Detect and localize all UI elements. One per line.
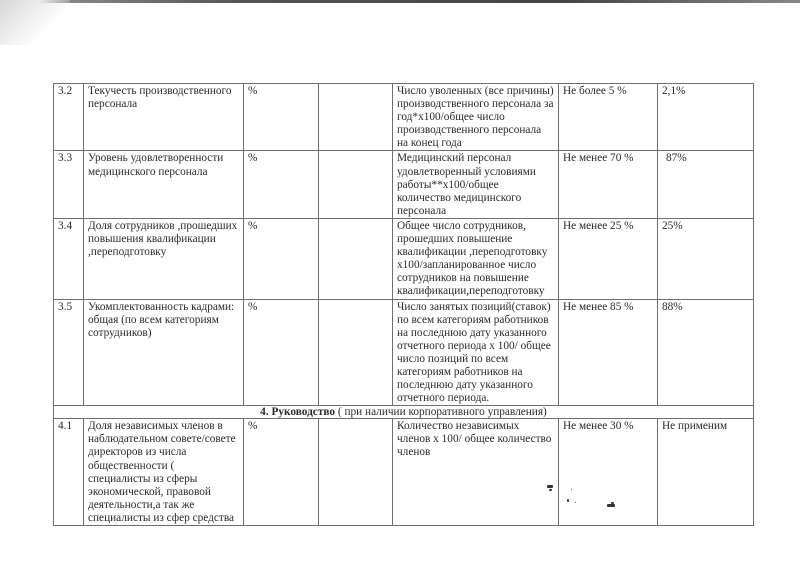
formula: Число занятых позиций(ставок) по всем ка… — [393, 299, 559, 406]
table-row: 3.2 Текучесть производственного персонал… — [54, 84, 754, 151]
section-header-row: 4. Руководство ( при наличии корпоративн… — [54, 406, 754, 419]
scan-shadow — [0, 0, 70, 45]
formula: Число уволенных (все причины) производст… — [393, 84, 559, 151]
empty-cell — [319, 299, 393, 406]
row-number: 3.2 — [54, 84, 84, 151]
indicator-name: Доля сотрудников ,прошедших повышения кв… — [84, 218, 244, 299]
actual-value: 88% — [658, 299, 754, 406]
indicator-name: Уровень удовлетворенности медицинского п… — [84, 151, 244, 218]
table-row: 3.3 Уровень удовлетворенности медицинско… — [54, 151, 754, 218]
row-number: 3.3 — [54, 151, 84, 218]
target-value: Не менее 85 % — [559, 299, 658, 406]
section-note: ( при наличии корпоративного управления) — [335, 406, 547, 418]
actual-value: 2,1% — [658, 84, 754, 151]
target-value: Не более 5 % — [559, 84, 658, 151]
table-row: 3.5 Укомплектованность кадрами: общая (п… — [54, 299, 754, 406]
indicator-name: Текучесть производственного персонала — [84, 84, 244, 151]
unit: % — [244, 419, 319, 526]
row-number: 3.4 — [54, 218, 84, 299]
indicator-name: Доля независимых членов в наблюдательном… — [84, 419, 244, 526]
scan-specks — [545, 485, 625, 515]
table-row: 3.4 Доля сотрудников ,прошедших повышени… — [54, 218, 754, 299]
table-row: 4.1 Доля независимых членов в наблюдател… — [54, 419, 754, 526]
empty-cell — [319, 419, 393, 526]
empty-cell — [319, 84, 393, 151]
unit: % — [244, 151, 319, 218]
unit: % — [244, 299, 319, 406]
row-number: 3.5 — [54, 299, 84, 406]
actual-value: 25% — [658, 218, 754, 299]
unit: % — [244, 218, 319, 299]
indicators-table: 3.2 Текучесть производственного персонал… — [53, 83, 754, 526]
formula: Количество независимых членов х 100/ общ… — [393, 419, 559, 526]
actual-value: 87% — [658, 151, 754, 218]
unit: % — [244, 84, 319, 151]
empty-cell — [319, 218, 393, 299]
empty-cell — [319, 151, 393, 218]
scan-edge — [0, 0, 800, 3]
target-value: Не менее 70 % — [559, 151, 658, 218]
indicator-name: Укомплектованность кадрами: общая (по вс… — [84, 299, 244, 406]
row-number: 4.1 — [54, 419, 84, 526]
formula: Медицинский персонал удовлетворенный усл… — [393, 151, 559, 218]
target-value: Не менее 25 % — [559, 218, 658, 299]
formula: Общее число сотрудников, прошедших повыш… — [393, 218, 559, 299]
actual-value: Не применим — [658, 419, 754, 526]
section-header: 4. Руководство ( при наличии корпоративн… — [54, 406, 754, 419]
section-title: 4. Руководство — [260, 406, 335, 418]
